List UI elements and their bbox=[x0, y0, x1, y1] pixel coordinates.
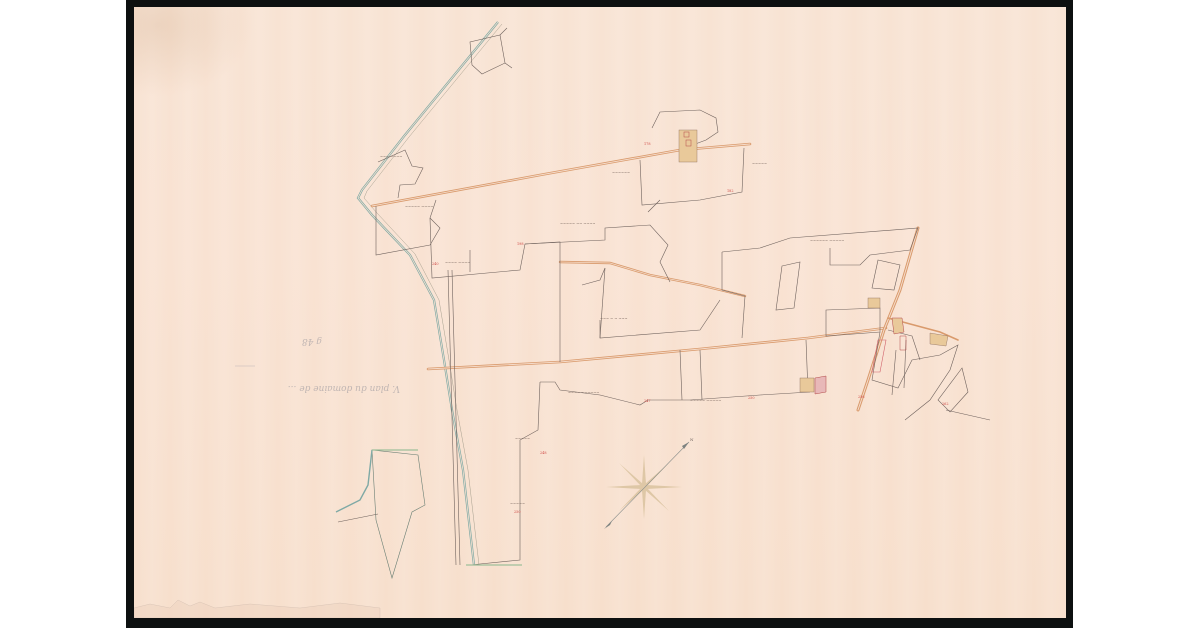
svg-text:~~~~ ~~~~: ~~~~ ~~~~ bbox=[445, 261, 470, 265]
svg-text:178: 178 bbox=[644, 142, 650, 146]
central-road bbox=[560, 262, 745, 296]
svg-text:240: 240 bbox=[432, 262, 438, 266]
svg-text:~~~~~ ~~~~: ~~~~~ ~~~~ bbox=[405, 205, 433, 209]
svg-text:~~~ ~ ~ ~~~: ~~~ ~ ~ ~~~ bbox=[600, 317, 628, 321]
map-paper: g 48 V. plan du domaine de ... bbox=[134, 7, 1066, 618]
svg-text:g 48: g 48 bbox=[302, 336, 322, 346]
svg-text:V. plan du domaine de ...: V. plan du domaine de ... bbox=[288, 383, 400, 393]
svg-text:~~~~~: ~~~~~ bbox=[510, 502, 525, 506]
svg-text:250: 250 bbox=[514, 510, 520, 514]
svg-text:~~~~~~: ~~~~~~ bbox=[612, 171, 630, 175]
village bbox=[892, 318, 904, 334]
south-road bbox=[428, 328, 886, 369]
svg-text:~~~~~ ~~ ~~~~: ~~~~~ ~~ ~~~~ bbox=[560, 222, 595, 226]
north-label: N bbox=[690, 437, 694, 442]
svg-text:~~~~~ ~~~~~: ~~~~~ ~~~~~ bbox=[690, 399, 721, 403]
torn-edge bbox=[134, 600, 380, 618]
svg-text:~~~~~: ~~~~~ bbox=[515, 437, 530, 441]
svg-text:~~~ ~~~~: ~~~ ~~~~ bbox=[380, 155, 402, 159]
farmstead-south bbox=[800, 378, 814, 392]
parcel-labels: ~~~ ~~~~ ~~~~~ ~~~~ ~~~~ ~~~~ ~~~~~ ~~ ~… bbox=[380, 142, 948, 514]
svg-text:247: 247 bbox=[644, 399, 650, 403]
compass-rose: N bbox=[604, 437, 694, 529]
svg-text:256: 256 bbox=[858, 395, 864, 399]
canal bbox=[358, 22, 502, 565]
estate-map: g 48 V. plan du domaine de ... bbox=[134, 7, 1066, 618]
svg-text:182: 182 bbox=[727, 189, 733, 193]
svg-text:~~~~~~ ~~~~~: ~~~~~~ ~~~~~ bbox=[810, 239, 844, 243]
margin-inscription: g 48 V. plan du domaine de ... bbox=[235, 336, 400, 393]
roads bbox=[372, 144, 958, 410]
svg-text:262: 262 bbox=[942, 402, 948, 406]
svg-text:248: 248 bbox=[540, 451, 546, 455]
svg-text:~~~~ ~~~~~~: ~~~~ ~~~~~~ bbox=[568, 391, 599, 395]
svg-text:250: 250 bbox=[748, 396, 754, 400]
svg-text:~~~~~: ~~~~~ bbox=[752, 162, 767, 166]
svg-text:198: 198 bbox=[517, 242, 523, 246]
